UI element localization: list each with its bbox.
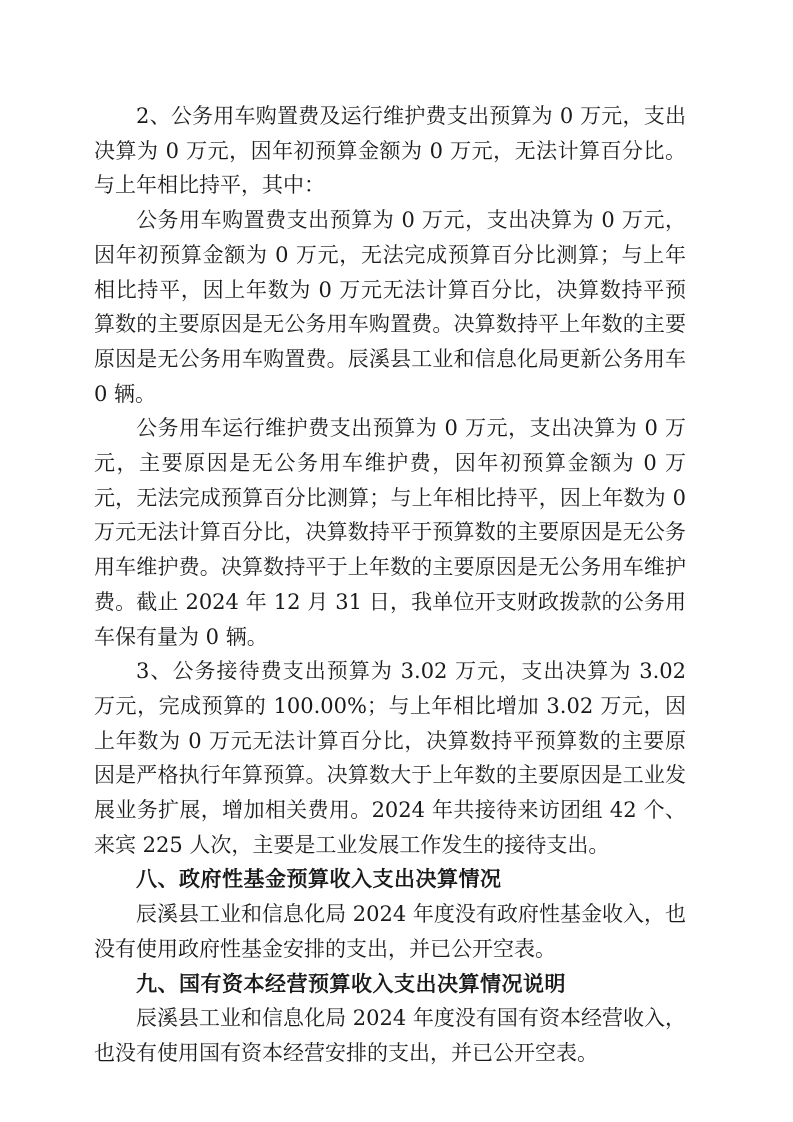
section-heading-govt-fund-budget: 八、政府性基金预算收入支出决算情况 bbox=[94, 862, 686, 897]
paragraph-govt-fund-budget: 辰溪县工业和信息化局 2024 年度没有政府性基金收入，也没有使用政府性基金安排… bbox=[94, 897, 686, 966]
paragraph-vehicle-purchase-detail: 公务用车购置费支出预算为 0 万元，支出决算为 0 万元，因年初预算金额为 0 … bbox=[94, 203, 686, 411]
paragraph-state-capital-budget: 辰溪县工业和信息化局 2024 年度没有国有资本经营收入，也没有使用国有资本经营… bbox=[94, 1001, 686, 1070]
document-content: 2、公务用车购置费及运行维护费支出预算为 0 万元，支出决算为 0 万元，因年初… bbox=[94, 99, 686, 1071]
paragraph-official-reception-expense: 3、公务接待费支出预算为 3.02 万元，支出决算为 3.02 万元，完成预算的… bbox=[94, 654, 686, 862]
document-page: 2、公务用车购置费及运行维护费支出预算为 0 万元，支出决算为 0 万元，因年初… bbox=[0, 0, 793, 1122]
paragraph-vehicle-purchase-and-maintenance-summary: 2、公务用车购置费及运行维护费支出预算为 0 万元，支出决算为 0 万元，因年初… bbox=[94, 99, 686, 203]
section-heading-state-capital-budget: 九、国有资本经营预算收入支出决算情况说明 bbox=[94, 967, 686, 1002]
paragraph-vehicle-maintenance-detail: 公务用车运行维护费支出预算为 0 万元，支出决算为 0 万元，主要原因是无公务用… bbox=[94, 411, 686, 654]
